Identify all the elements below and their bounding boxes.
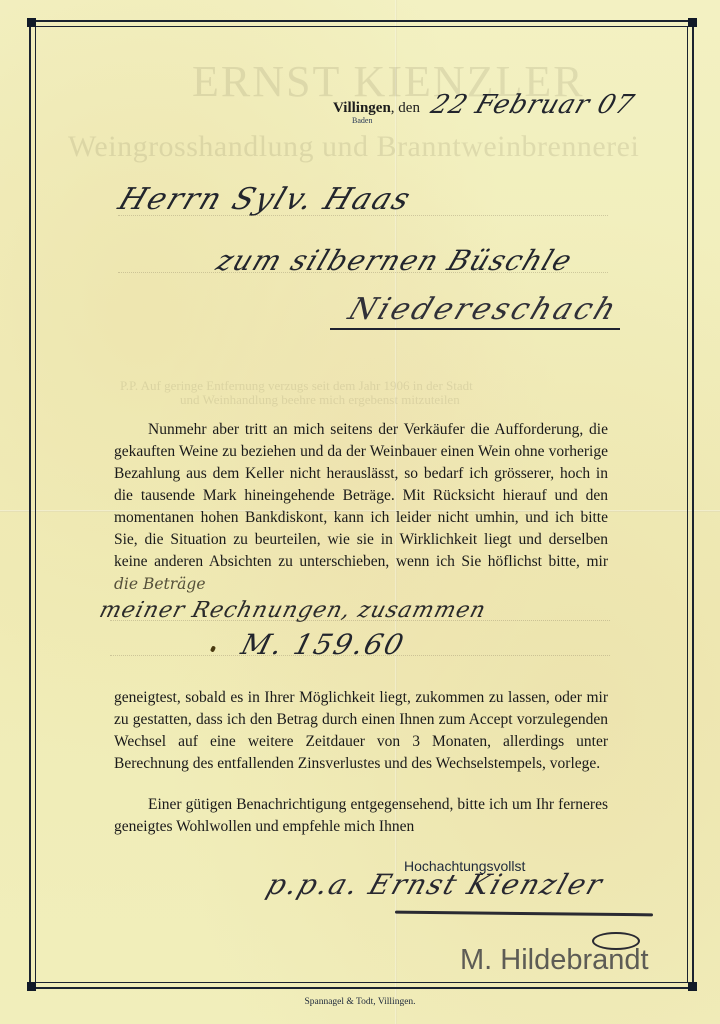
handwritten-fill-line: meiner Rechnungen, zusammen [97, 598, 489, 623]
city: Villingen [333, 100, 391, 116]
handwritten-signature: p.p.a. Ernst Kienzler [263, 868, 608, 901]
place-date: Villingen, den [333, 100, 420, 117]
handwritten-date: 22 Februar 07 [427, 90, 638, 120]
paragraph-2-text: geneigtest, sobald es in Ihrer Möglichke… [114, 687, 608, 775]
handwritten-fill-inline: die Beträge [114, 575, 206, 593]
date-prefix: , den [391, 100, 420, 116]
recipient-inn: zum silbernen Büschle [212, 244, 578, 277]
paragraph-1-text: Nunmehr aber tritt an mich seitens der V… [114, 421, 608, 570]
body-paragraph-3: Einer gütigen Benachrichtigung entgegens… [114, 794, 608, 838]
region: Baden [352, 116, 372, 125]
recipient-name: Herrn Sylv. Haas [114, 182, 417, 217]
frame-corner-square-icon [688, 18, 697, 27]
recipient-town: Niedereschach [344, 292, 624, 327]
paragraph-3-text: Einer gütigen Benachrichtigung entgegens… [114, 794, 608, 838]
body-paragraph-1: Nunmehr aber tritt an mich seitens der V… [114, 419, 608, 596]
frame-corner-square-icon [27, 18, 36, 27]
printer-imprint: Spannagel & Todt, Villingen. [0, 997, 720, 1007]
handwritten-amount: M. 159.60 [238, 628, 409, 661]
frame-corner-square-icon [27, 982, 36, 991]
watermark: M. Hildebrandt [460, 944, 649, 977]
address-underline [330, 328, 620, 330]
frame-corner-square-icon [688, 982, 697, 991]
body-paragraph-2: geneigtest, sobald es in Ihrer Möglichke… [114, 687, 608, 775]
